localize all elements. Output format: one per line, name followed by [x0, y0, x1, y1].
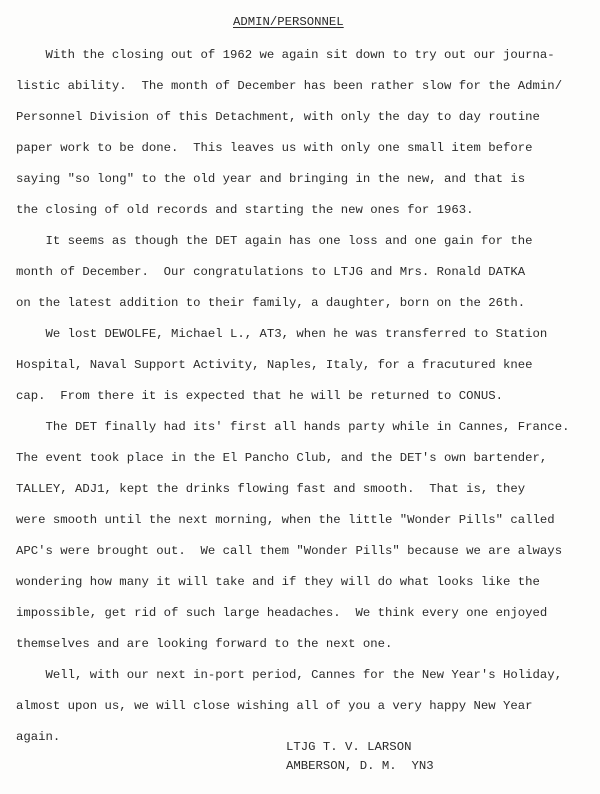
body-line: TALLEY, ADJ1, kept the drinks flowing fa…: [16, 474, 596, 505]
body-line: Hospital, Naval Support Activity, Naples…: [16, 350, 596, 381]
body-line: It seems as though the DET again has one…: [16, 226, 596, 257]
body-line: impossible, get rid of such large headac…: [16, 598, 596, 629]
body-line: We lost DEWOLFE, Michael L., AT3, when h…: [16, 319, 596, 350]
body-line: The event took place in the El Pancho Cl…: [16, 443, 596, 474]
body-line: themselves and are looking forward to th…: [16, 629, 596, 660]
document-title: ADMIN/PERSONNEL: [233, 15, 344, 29]
body-line: paper work to be done. This leaves us wi…: [16, 133, 596, 164]
signature-author: LTJG T. V. LARSON: [286, 738, 434, 757]
document-page: ADMIN/PERSONNEL With the closing out of …: [0, 0, 600, 794]
body-line: almost upon us, we will close wishing al…: [16, 691, 596, 722]
signature-typist: AMBERSON, D. M. YN3: [286, 757, 434, 776]
body-line: Well, with our next in-port period, Cann…: [16, 660, 596, 691]
body-line: the closing of old records and starting …: [16, 195, 596, 226]
body-line: APC's were brought out. We call them "Wo…: [16, 536, 596, 567]
body-line: on the latest addition to their family, …: [16, 288, 596, 319]
body-line: wondering how many it will take and if t…: [16, 567, 596, 598]
body-line: were smooth until the next morning, when…: [16, 505, 596, 536]
signature-block: LTJG T. V. LARSON AMBERSON, D. M. YN3: [286, 738, 434, 776]
body-line: The DET finally had its' first all hands…: [16, 412, 596, 443]
body-line: cap. From there it is expected that he w…: [16, 381, 596, 412]
body-line: month of December. Our congratulations t…: [16, 257, 596, 288]
document-body: With the closing out of 1962 we again si…: [16, 40, 596, 753]
body-line: With the closing out of 1962 we again si…: [16, 40, 596, 71]
body-line: saying "so long" to the old year and bri…: [16, 164, 596, 195]
body-line: Personnel Division of this Detachment, w…: [16, 102, 596, 133]
body-line: listic ability. The month of December ha…: [16, 71, 596, 102]
